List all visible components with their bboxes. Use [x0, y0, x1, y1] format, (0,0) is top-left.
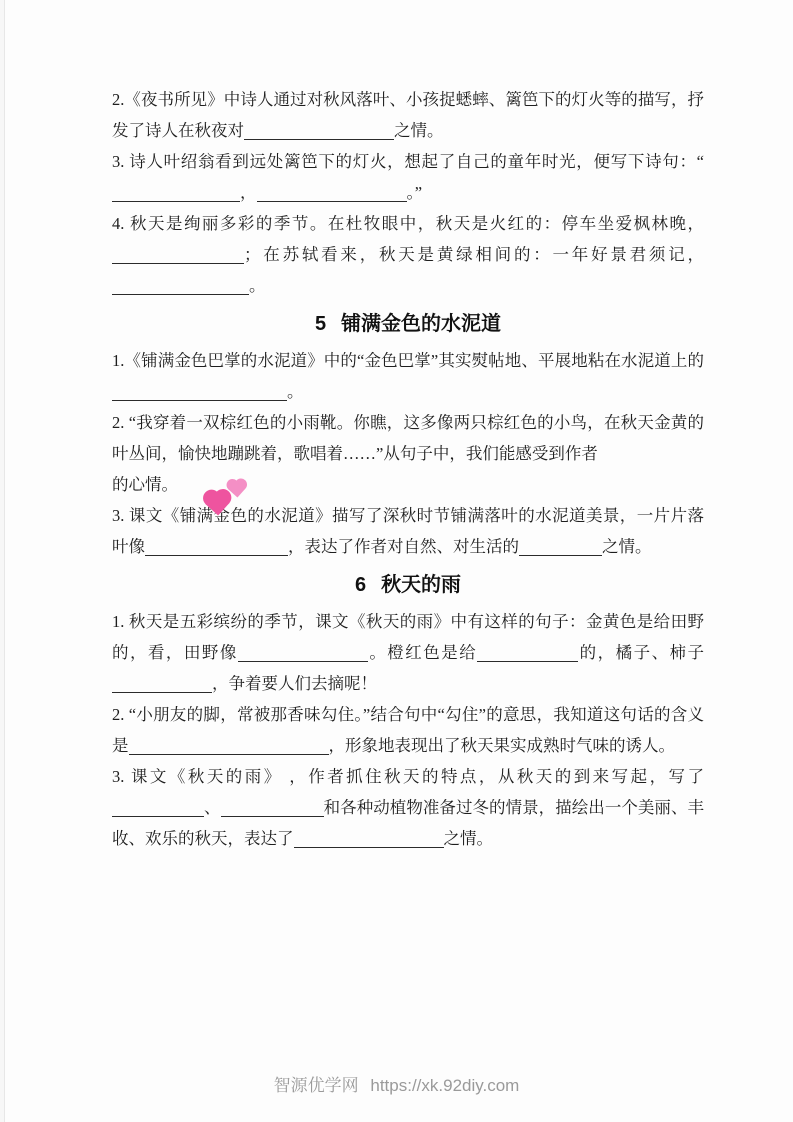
item-text: 之情。: [602, 537, 652, 556]
worksheet-item: 2. “我穿着一双棕红色的小雨靴。你瞧，这多像两只棕红色的小鸟，在秋天金黄的叶丛…: [112, 407, 704, 500]
item-text: 。”: [407, 183, 423, 202]
answer-blank: [244, 123, 394, 141]
item-text: 。橙红色是给: [368, 643, 477, 662]
item-text: ，争着要人们去摘呢！: [212, 674, 377, 693]
answer-blank: [112, 247, 244, 265]
answer-blank: [112, 384, 287, 402]
item-text: ；在苏轼看来，秋天是黄绿相间的：一年好景君须记，: [244, 245, 704, 264]
section-number: 6: [355, 574, 366, 596]
answer-blank: [477, 645, 578, 663]
item-text: 的心情。: [112, 475, 178, 494]
page-left-edge: [0, 0, 5, 1122]
worksheet-item: 4. 秋天是绚丽多彩的季节。在杜牧眼中，秋天是火红的：停车坐爱枫林晚，；在苏轼看…: [112, 208, 704, 301]
section-heading: 6秋天的雨: [112, 572, 704, 598]
item-text: 3. 诗人叶绍翁看到远处篱笆下的灯火，想起了自己的童年时光，便写下诗句：“: [112, 152, 704, 171]
answer-blank: [112, 800, 204, 818]
answer-blank: [112, 185, 240, 203]
answer-blank: [221, 800, 324, 818]
item-text: 之情。: [394, 121, 444, 140]
item-text: 之情。: [444, 829, 494, 848]
answer-blank: [238, 645, 368, 663]
section-heading: 5铺满金色的水泥道: [112, 311, 704, 337]
footer-url: https://xk.92diy.com: [370, 1076, 519, 1095]
worksheet-section: 6秋天的雨1. 秋天是五彩缤纷的季节，课文《秋天的雨》中有这样的句子：金黄色是给…: [112, 572, 704, 854]
page-footer: 智源优学网 https://xk.92diy.com: [0, 1071, 793, 1096]
worksheet-item: 2.《夜书所见》中诗人通过对秋风落叶、小孩捉蟋蟀、篱笆下的灯火等的描写，抒发了诗…: [112, 84, 704, 146]
worksheet-page: { "colors": { "page_bg": "#fdfdfd", "tex…: [0, 0, 793, 1122]
section-title: 秋天的雨: [381, 574, 461, 596]
answer-blank: [112, 278, 249, 296]
answer-blank: [294, 831, 444, 849]
worksheet-item: 3. 课文《秋天的雨》 ，作者抓住秋天的特点，从秋天的到来写起，写了、和各种动植…: [112, 761, 704, 854]
worksheet-content: 2.《夜书所见》中诗人通过对秋风落叶、小孩捉蟋蟀、篱笆下的灯火等的描写，抒发了诗…: [112, 84, 704, 854]
answer-blank: [145, 539, 288, 557]
section-number: 5: [315, 313, 326, 335]
worksheet-section: 5铺满金色的水泥道1.《铺满金色巴掌的水泥道》中的“金色巴掌”其实熨帖地、平展地…: [112, 311, 704, 562]
item-text: 。: [287, 382, 304, 401]
item-text: ，: [240, 183, 257, 202]
worksheet-item: 1. 秋天是五彩缤纷的季节，课文《秋天的雨》中有这样的句子：金黄色是给田野的，看…: [112, 606, 704, 699]
answer-blank: [257, 185, 407, 203]
worksheet-item: 2. “小朋友的脚，常被那香味勾住。”结合句中“勾住”的意思，我知道这句话的含义…: [112, 699, 704, 761]
answer-blank: [129, 738, 329, 756]
item-text: 4. 秋天是绚丽多彩的季节。在杜牧眼中，秋天是火红的：停车坐爱枫林晚，: [112, 214, 704, 233]
item-text: 1.《铺满金色巴掌的水泥道》中的“金色巴掌”其实熨帖地、平展地粘在水泥道上的: [112, 351, 704, 370]
footer-site-name: 智源优学网: [274, 1076, 359, 1095]
answer-blank: [112, 676, 212, 694]
section-title: 铺满金色的水泥道: [341, 313, 501, 335]
item-text: 。: [249, 276, 266, 295]
worksheet-section: 2.《夜书所见》中诗人通过对秋风落叶、小孩捉蟋蟀、篱笆下的灯火等的描写，抒发了诗…: [112, 84, 704, 301]
item-text: 的，橘子、柿子: [578, 643, 704, 662]
item-text: 、: [204, 798, 221, 817]
item-text: ，表达了作者对自然、对生活的: [288, 537, 519, 556]
worksheet-item: 3. 诗人叶绍翁看到远处篱笆下的灯火，想起了自己的童年时光，便写下诗句：“，。”: [112, 146, 704, 208]
item-text: 2. “我穿着一双棕红色的小雨靴。你瞧，这多像两只棕红色的小鸟，在秋天金黄的叶丛…: [112, 413, 704, 463]
worksheet-item: 1.《铺满金色巴掌的水泥道》中的“金色巴掌”其实熨帖地、平展地粘在水泥道上的。: [112, 345, 704, 407]
worksheet-item: 3. 课文《铺满金色的水泥道》描写了深秋时节铺满落叶的水泥道美景，一片片落叶像，…: [112, 500, 704, 562]
item-text: ，形象地表现出了秋天果实成熟时气味的诱人。: [329, 736, 676, 755]
answer-blank: [519, 539, 602, 557]
item-text: 3. 课文《秋天的雨》 ，作者抓住秋天的特点，从秋天的到来写起，写了: [112, 767, 704, 786]
